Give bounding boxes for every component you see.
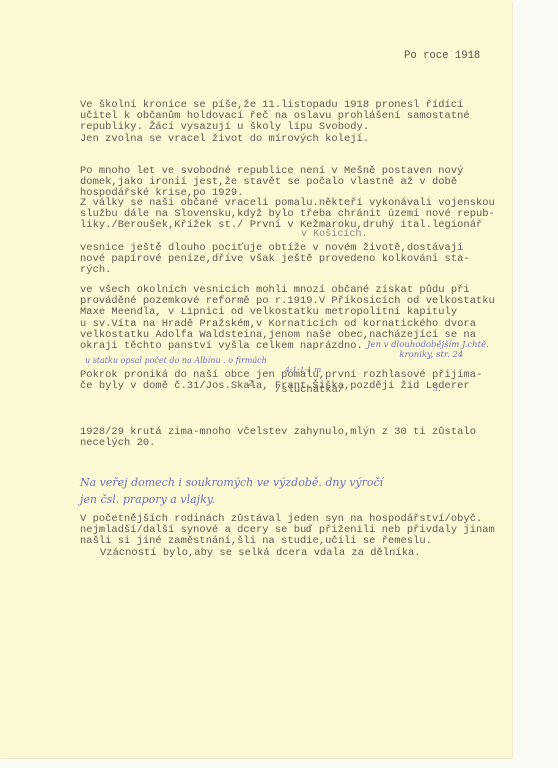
line: Vzácností bylo,aby se selká dcera vdala …: [80, 547, 421, 559]
line: republiky. Žáci vysazují u školy lípu Sv…: [80, 121, 369, 133]
line: službu dále na Slovensku,když bylo třeba…: [80, 208, 495, 220]
paragraph-school-chronicle: Ve školní kronice se píše,že 11.listopad…: [80, 100, 470, 145]
line: nejmladší/další synové a dcery se buď př…: [80, 524, 495, 536]
document-heading: Po roce 1918: [404, 50, 480, 62]
paragraph-war-return: Z války se naši občané vraceli pomalu.ně…: [80, 198, 495, 232]
line: Jen zvolna se vracel život do mírových k…: [80, 133, 369, 145]
handwritten-note-flags: Na veřej domech i soukromých ve výzdobě.…: [80, 474, 383, 508]
handwritten-note-chronicle-ref: Jen v dlouhodobějším J.chtě. kroniky, st…: [367, 340, 489, 360]
paragraph-families: V početnějších rodinách zůstával jeden s…: [80, 514, 495, 559]
line: rých.: [80, 264, 111, 276]
handwritten-mark-2: 2.: [248, 379, 256, 388]
line: Maxe Meendla, v Lipnici od velkostatku m…: [80, 306, 457, 318]
paragraph-new-houses: Po mnoho let ve svobodné republice není …: [80, 166, 463, 200]
line: liky./Beroušek,Křížek st./ První v Kežma…: [80, 219, 482, 231]
line: 1928/29 krutá zima-mnoho včelstev zahynu…: [80, 426, 476, 438]
line: u sv.Víta na Hradě Pražském,v Kornaticíc…: [80, 318, 476, 330]
paragraph-new-money: vesnice ještě dlouho pociťuje obtíže v n…: [80, 243, 470, 277]
line: domek,jako ironií jest,že stavět se poča…: [80, 176, 457, 188]
line: prováděné pozemkové reformě po r.1919.V …: [80, 295, 495, 307]
line: necelých 20.: [80, 437, 155, 449]
line: Z války se naši občané vraceli pomalu.ně…: [80, 197, 495, 209]
handwritten-mark-3: 3.: [433, 384, 441, 393]
line: velkostatku Adolfa Waldsteina,jenom naše…: [80, 329, 476, 341]
handwritten-note-statku: u statku opsal počet do na Albínu . o fi…: [85, 356, 267, 365]
paragraph-war-return-addendum: v Košicích.: [301, 229, 368, 240]
line: našli si jiné zaměstnání,šli na studie,u…: [80, 535, 432, 547]
document-page: Po roce 1918 Ve školní kronice se píše,ž…: [0, 0, 512, 758]
line: ve všech okolních vesnicích mohli mnozí …: [80, 284, 470, 296]
paragraph-harsh-winter: 1928/29 krutá zima-mnoho včelstev zahynu…: [80, 427, 476, 449]
paragraph-radio-addendum: /sluchátka/: [275, 385, 344, 396]
line: V početnějších rodinách zůstával jeden s…: [80, 513, 482, 525]
line: vesnice ještě dlouho pociťuje obtíže v n…: [80, 242, 463, 254]
line: okraji těchto panství vyšla celkem naprá…: [80, 340, 363, 352]
line: Po mnoho let ve svobodné republice není …: [80, 165, 463, 177]
line: nové papírové peníze,dříve však ještě pr…: [80, 253, 470, 265]
